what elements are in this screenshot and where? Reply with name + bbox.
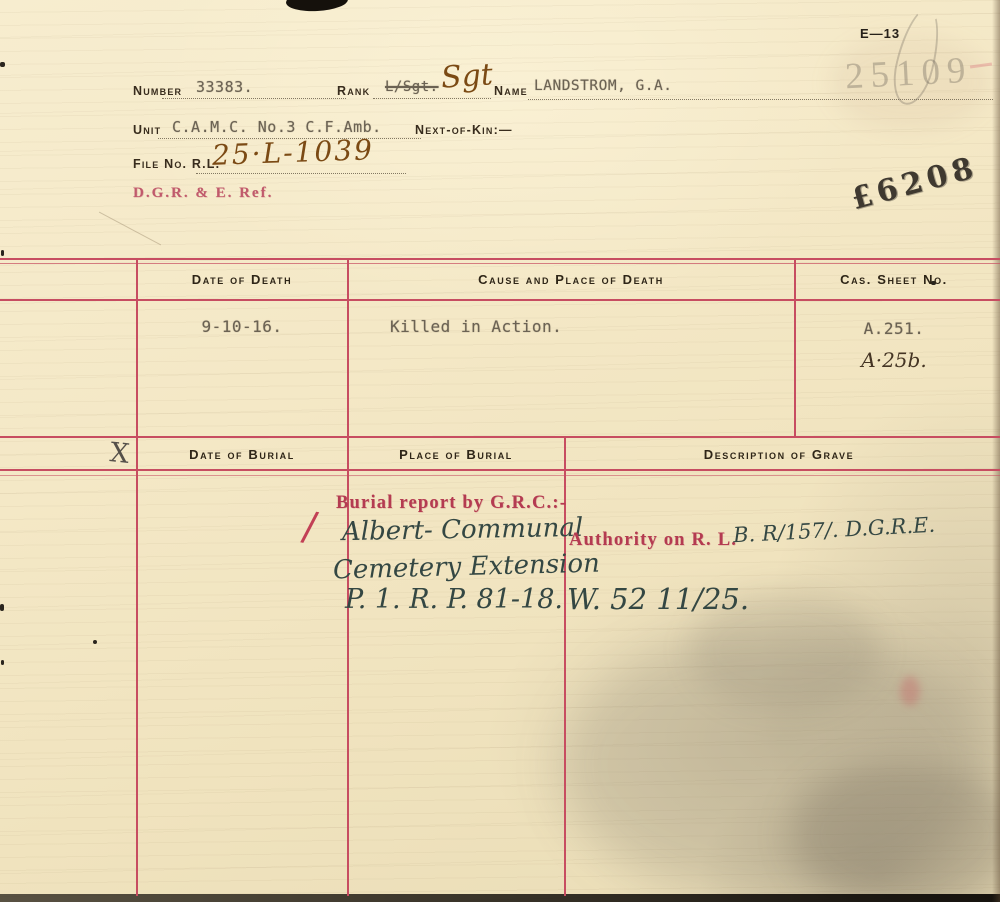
cause-of-death-value: Killed in Action.	[390, 317, 562, 336]
rule-header2-bottom	[0, 469, 1000, 471]
red-check-mark: /	[299, 503, 320, 551]
name-rule	[528, 99, 993, 100]
casualty-record-card: E—13 25109 Number 33383. Rank L/Sgt. Sgt…	[0, 0, 1000, 902]
paper-speck	[93, 640, 97, 644]
stain-bottom-right-dark	[790, 760, 1000, 902]
margin-x-mark: X	[108, 437, 130, 470]
cas-sheet-no-handwritten: A·25b.	[795, 348, 993, 372]
place-of-burial-line2: Cemetery Extension	[333, 549, 601, 586]
number-value: 33383.	[196, 78, 253, 96]
place-of-burial-line1: Albert- Communal	[342, 513, 584, 547]
rank-rule	[373, 98, 491, 99]
rank-typed-struck: L/Sgt.	[385, 79, 439, 95]
header-cas-sheet-no: Cas. Sheet No.	[795, 272, 993, 287]
pink-dash	[970, 62, 992, 68]
place-of-burial-line3: P. 1. R. P. 81-18.	[345, 584, 563, 615]
right-edge	[992, 0, 1000, 902]
unit-label: Unit	[133, 123, 161, 137]
authority-handwritten: B. R/157/. D.G.R.E.	[733, 513, 936, 548]
name-label: Name	[494, 84, 528, 98]
rule-table2-top	[0, 436, 1000, 438]
next-of-kin-label: Next-of-Kin:—	[415, 123, 513, 137]
authority-ref-handwritten: W. 52 11/25.	[567, 582, 749, 616]
bottom-edge	[0, 894, 1000, 902]
rank-label: Rank	[337, 84, 370, 98]
edge-speck	[0, 62, 5, 67]
header-date-of-burial: Date of Burial	[137, 447, 347, 462]
file-no-rule	[196, 173, 406, 174]
header-date-of-death: Date of Death	[137, 272, 347, 287]
edge-speck	[0, 604, 4, 611]
rule-table1-top	[0, 258, 1000, 260]
torn-notch-top	[286, 0, 349, 13]
file-no-label: File No. R.L.	[133, 157, 220, 171]
cas-sheet-no-value: A.251.	[795, 319, 993, 338]
name-value: LANDSTROM, G.A.	[534, 78, 672, 94]
date-of-death-value: 9-10-16.	[137, 317, 347, 336]
ink-number-stamp: £6208	[848, 150, 982, 217]
file-no-value: 25·L-1039	[211, 133, 374, 172]
rule-vert-margin	[136, 258, 138, 896]
number-label: Number	[133, 84, 182, 98]
authority-stamp: Authority on R. L.	[569, 530, 737, 551]
rule-table1-top2	[0, 263, 1000, 264]
dgr-ref-stamp: D.G.R. & E. Ref.	[133, 185, 273, 202]
faint-number-stamp: 25109	[844, 49, 974, 99]
edge-speck	[1, 250, 4, 256]
header-description-of-grave: Description of Grave	[565, 447, 993, 462]
header-cause-place-of-death: Cause and Place of Death	[348, 272, 794, 287]
red-smudge	[900, 676, 920, 706]
form-code: E—13	[860, 26, 900, 41]
number-rule	[162, 98, 346, 99]
header-place-of-burial: Place of Burial	[348, 447, 564, 462]
stain-bottom-right-large	[560, 630, 990, 900]
edge-speck	[1, 660, 4, 665]
rule-header1-bottom	[0, 299, 1000, 301]
crease-line	[99, 212, 161, 246]
rank-handwritten: Sgt	[440, 57, 494, 96]
rule-header2-bottom2	[0, 475, 1000, 476]
burial-report-stamp: Burial report by G.R.C.:-	[336, 493, 567, 514]
